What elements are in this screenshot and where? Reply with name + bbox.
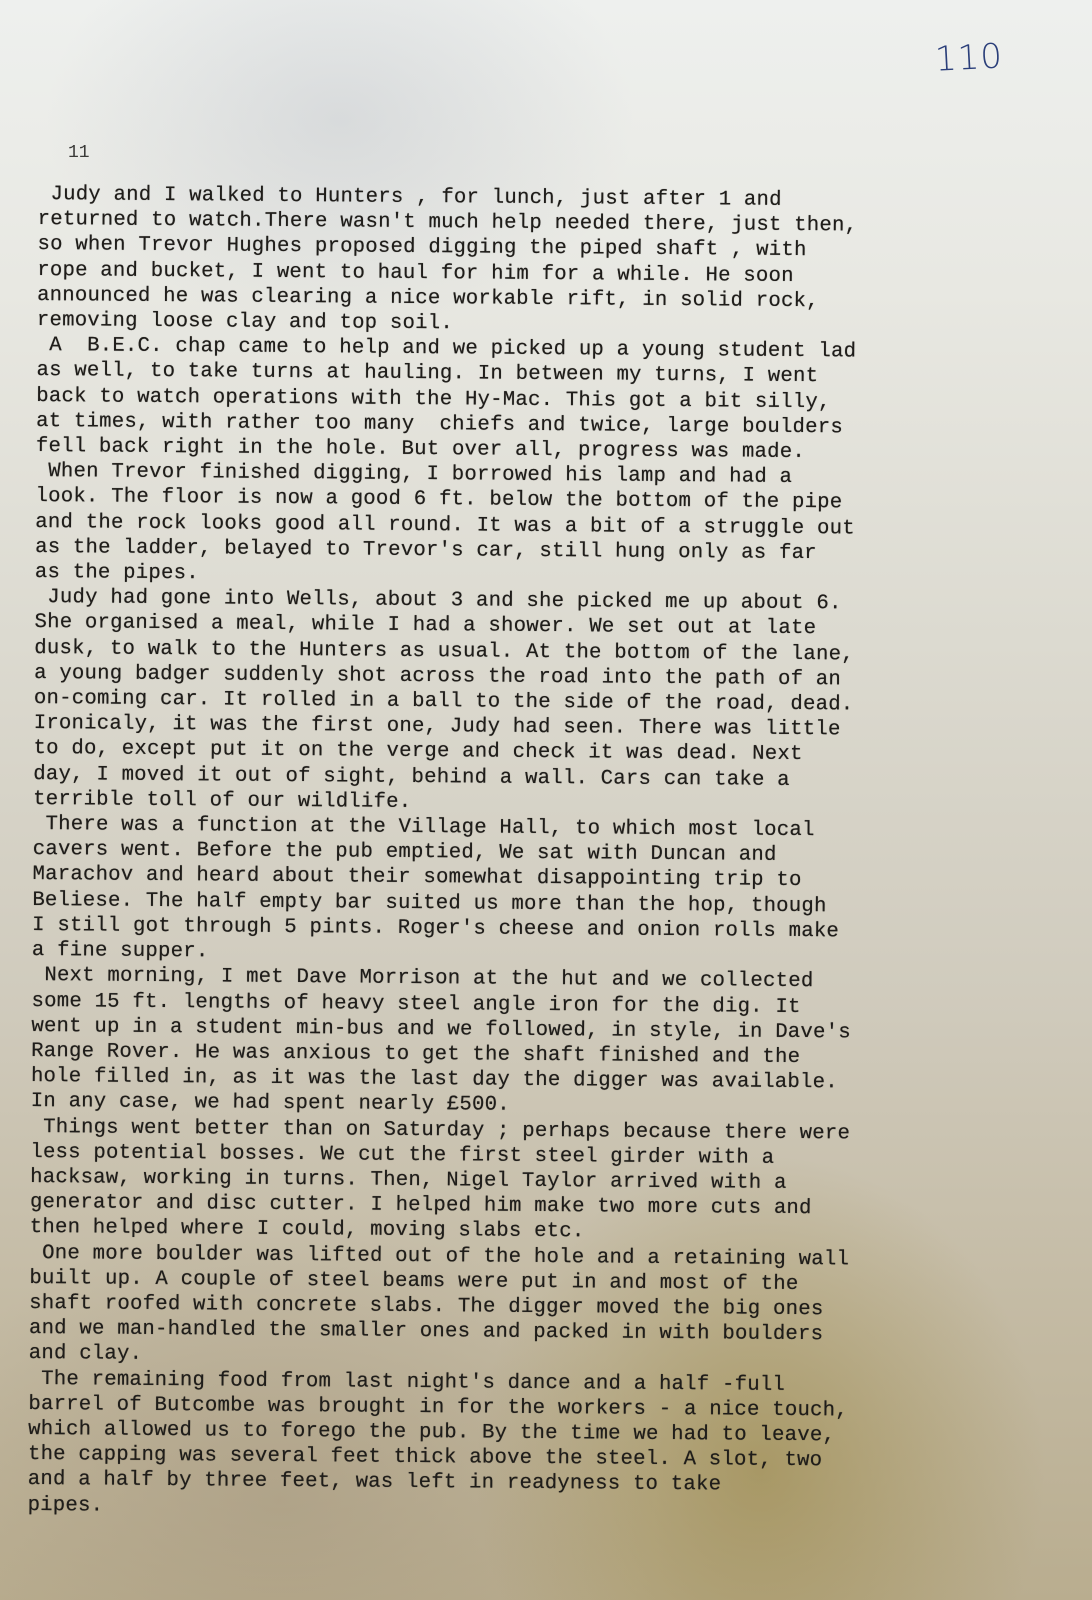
document-page: 110 11 Judy and I walked to Hunters , fo… [0,0,1092,1600]
page-number: 11 [68,143,90,163]
paragraph: Things went better than on Saturday ; pe… [30,1114,981,1247]
paragraph: One more boulder was lifted out of the h… [29,1240,980,1373]
paragraph: Judy and I walked to Hunters , for lunch… [37,182,988,341]
paragraph: The remaining food from last night's dan… [28,1367,979,1526]
paragraph: When Trevor finished digging, I borrowed… [35,459,986,592]
paragraph: There was a function at the Village Hall… [32,812,983,971]
paragraph: Judy had gone into Wells, about 3 and sh… [33,585,985,819]
handwritten-folio-number: 110 [934,36,1004,79]
body-text: Judy and I walked to Hunters , for lunch… [28,182,988,1525]
paragraph: Next morning, I met Dave Morrison at the… [31,963,982,1122]
paragraph: A B.E.C. chap came to help and we picked… [36,333,987,466]
